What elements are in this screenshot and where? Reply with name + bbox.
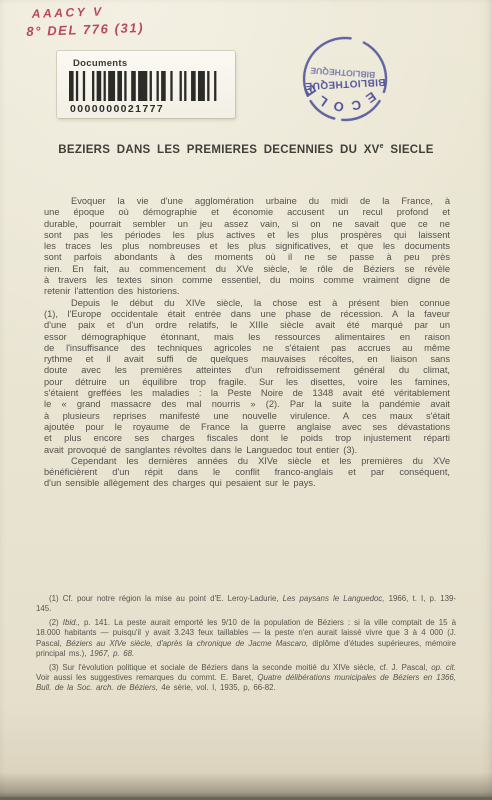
stamp-center-text-2: BIBLIOTHEQUE bbox=[310, 66, 376, 81]
text-line: d'un sensible allègement des charges qui… bbox=[44, 478, 450, 489]
text-line: ajoutée pour le royaume de France la gue… bbox=[44, 422, 450, 433]
text-line: à plusieurs reprises manifesté une nouve… bbox=[44, 411, 450, 422]
footnote-text: 4e série, vol. I, 1935, p, 66-82. bbox=[158, 683, 276, 692]
text-line: rythme et il avait suffi de quelques mau… bbox=[44, 354, 450, 365]
footnote-text: (2) bbox=[49, 618, 63, 627]
text-line: rien. En fait, au commencement du XVe si… bbox=[44, 264, 450, 275]
text-line: bénéficièrent d'un répit dans le conflit… bbox=[44, 467, 450, 478]
footnote-text: Voir aussi les suggestives remarques du … bbox=[36, 673, 257, 682]
text-line: sont pas les périodes les plus actives e… bbox=[44, 230, 450, 241]
text-line: s'étaient greffées les maladies : la Pes… bbox=[44, 388, 450, 399]
barcode-label: Documents 0000000021777 bbox=[57, 51, 235, 118]
library-stamp: ECOLE BIBLIOTHEQUE BIBLIOTHEQUE bbox=[289, 24, 400, 131]
handwritten-shelfmark: AAACY V 8° DEL 776 (31) bbox=[25, 3, 144, 39]
article-title-end: SIECLE bbox=[384, 144, 434, 156]
text-line: et plus encore ses charges fiscales dont… bbox=[44, 433, 450, 444]
barcode-icon bbox=[69, 71, 221, 101]
barcode-number: 0000000021777 bbox=[70, 103, 235, 115]
text-line: Evoquer la vie d'une agglomération urbai… bbox=[44, 196, 450, 207]
barcode-label-title: Documents bbox=[73, 58, 235, 69]
citation-text: Ibid., bbox=[63, 618, 80, 627]
footnote-3: (3) Sur l'évolution politique et sociale… bbox=[36, 663, 456, 694]
handwriting-line-1: AAACY V bbox=[31, 3, 143, 21]
scanned-document-page: AAACY V 8° DEL 776 (31) Documents 000000… bbox=[0, 0, 492, 800]
footnote-1: (1) Cf. pour notre région la mise au poi… bbox=[36, 594, 456, 615]
text-line: durable, pourrait sembler un jeu assez v… bbox=[44, 219, 450, 230]
article-title: BEZIERS DANS LES PREMIERES DECENNIES DU … bbox=[0, 143, 492, 156]
handwriting-line-2: 8° DEL 776 (31) bbox=[26, 20, 144, 39]
text-line: essor démographique étonnant, mais les r… bbox=[44, 332, 450, 343]
footnotes-block: (1) Cf. pour notre région la mise au poi… bbox=[36, 594, 456, 697]
text-line: une époque où démographie et économie ac… bbox=[44, 207, 450, 218]
text-line: le « grand massacre des mal nourris » (2… bbox=[44, 399, 450, 410]
article-title-main: BEZIERS DANS LES PREMIERES DECENNIES DU … bbox=[58, 144, 379, 156]
text-line: sont parfois abondants à des moments où … bbox=[44, 252, 450, 263]
paragraph-3: Cependant les dernières années du XIVe s… bbox=[44, 456, 450, 490]
citation-text: Les paysans le Languedoc, bbox=[283, 594, 385, 603]
citation-text: op. cit. bbox=[431, 663, 456, 672]
stamp-graphic: ECOLE BIBLIOTHEQUE BIBLIOTHEQUE bbox=[289, 24, 400, 131]
text-line: à travers les textes sinon comme essenti… bbox=[44, 275, 450, 286]
text-line: d'une paix et d'un ordre relatifs, le XI… bbox=[44, 320, 450, 331]
text-line: les traces les plus nombreuses et les pl… bbox=[44, 241, 450, 252]
text-line: avait provoqué de sanglantes révoltes da… bbox=[44, 445, 450, 456]
text-line: Cependant les dernières années du XIVe s… bbox=[44, 456, 450, 467]
footnote-text: (3) Sur l'évolution politique et sociale… bbox=[49, 663, 431, 672]
text-line: retenir l'attention des historiens. bbox=[44, 286, 450, 297]
text-line: pour détruire un équilibre trop fragile.… bbox=[44, 377, 450, 388]
text-line: doute avec les premières atteintes d'un … bbox=[44, 365, 450, 376]
citation-text: Béziers au XIVe siècle, d'après la chron… bbox=[66, 639, 308, 648]
footnote-2: (2) Ibid., p. 141. La peste aurait empor… bbox=[36, 618, 456, 659]
text-line: (1), l'Europe occidentale était entrée d… bbox=[44, 309, 450, 320]
text-line: de l'insuffisance des techniques agricol… bbox=[44, 343, 450, 354]
article-body: Evoquer la vie d'une agglomération urbai… bbox=[44, 196, 450, 490]
citation-text: 1967, p. 68. bbox=[90, 649, 134, 658]
paragraph-1: Evoquer la vie d'une agglomération urbai… bbox=[44, 196, 450, 298]
text-line: Depuis le début du XIVe siècle, la chose… bbox=[44, 298, 450, 309]
footnote-text: (1) Cf. pour notre région la mise au poi… bbox=[49, 594, 283, 603]
paragraph-2: Depuis le début du XIVe siècle, la chose… bbox=[44, 298, 450, 456]
